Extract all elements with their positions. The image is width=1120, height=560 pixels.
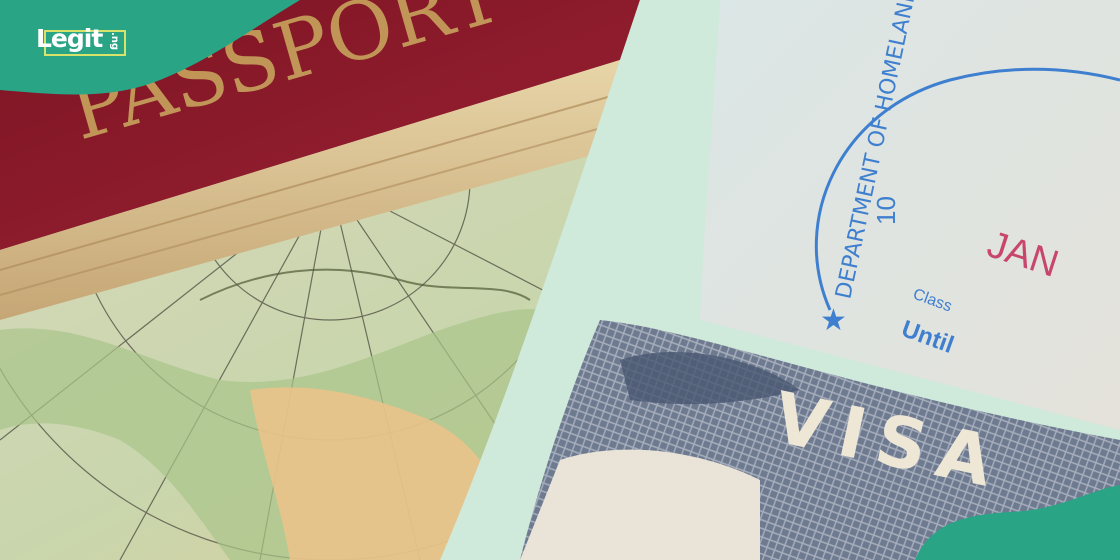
legit-logo[interactable]: Legit .ng (36, 24, 123, 54)
svg-text:10: 10 (871, 196, 901, 225)
photo-stage: PASSPORT DEPARTMENT OF HOMELAND SECURITY… (0, 0, 1120, 560)
logo-tld: .ng (109, 32, 119, 50)
svg-text:★: ★ (820, 304, 847, 337)
passport-visa-photo: PASSPORT DEPARTMENT OF HOMELAND SECURITY… (0, 0, 1120, 560)
logo-wordmark: Legit (36, 24, 102, 54)
